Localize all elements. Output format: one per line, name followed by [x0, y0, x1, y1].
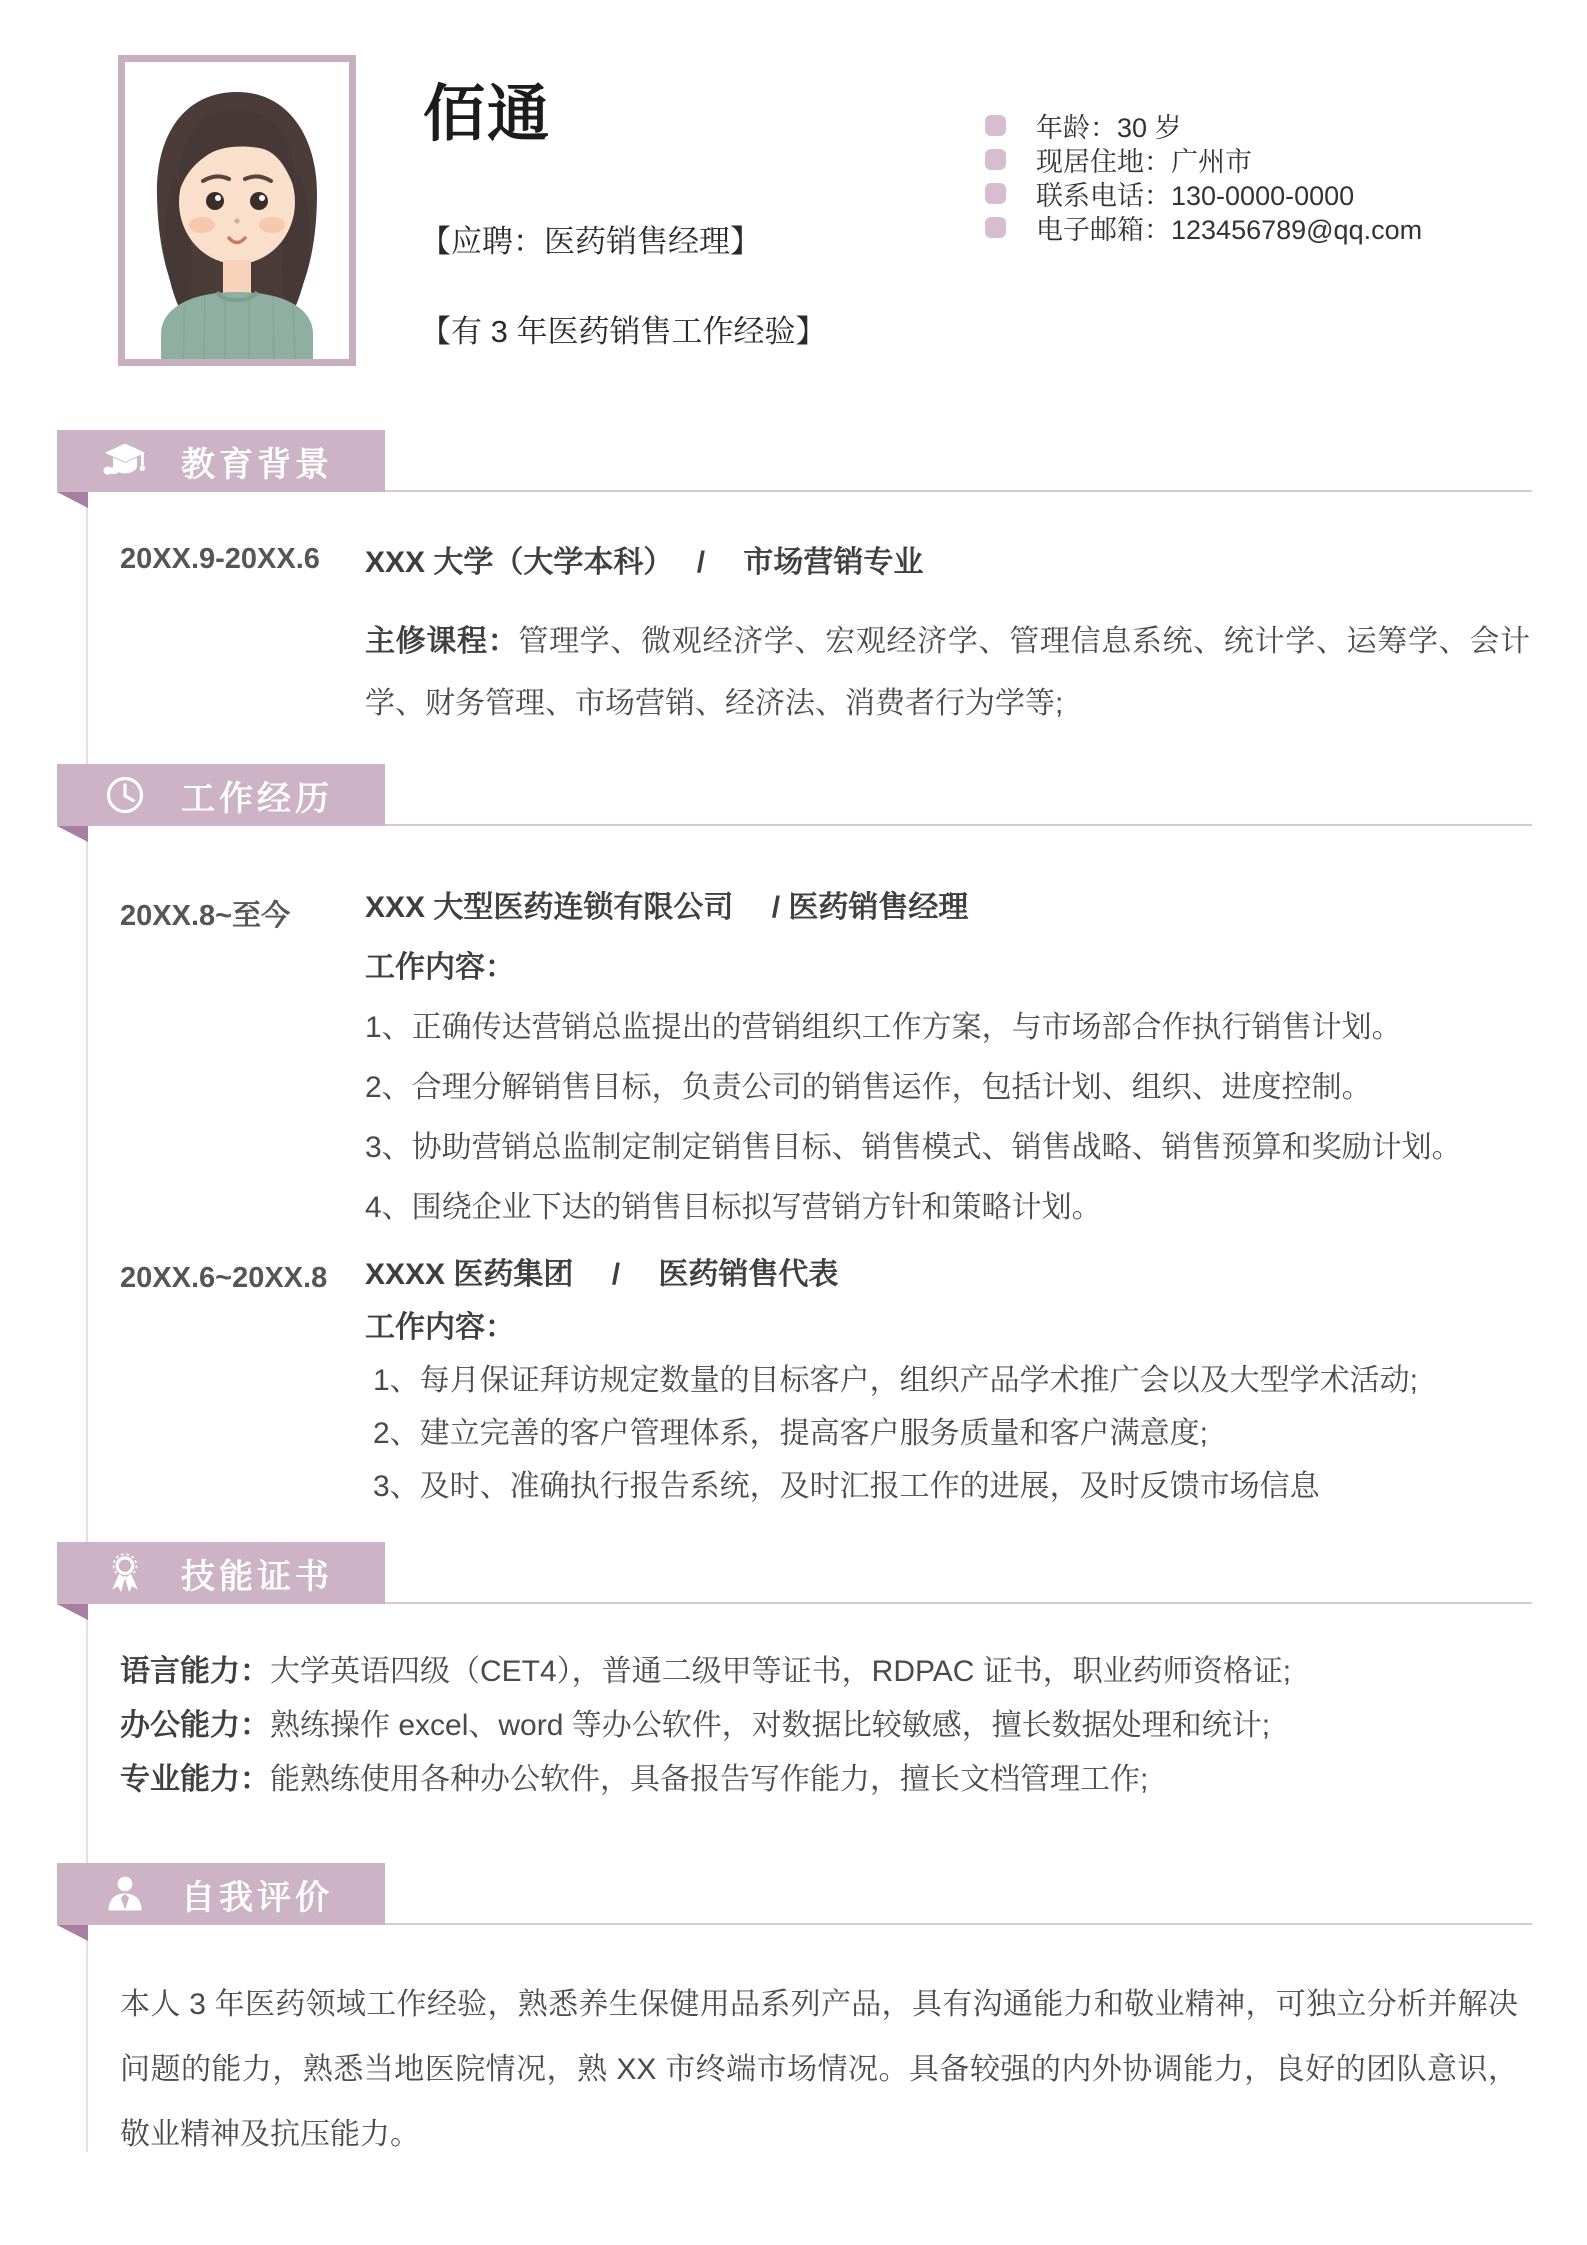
contact-phone: 联系电话：130-0000-0000: [985, 176, 1422, 210]
contact-label: 年龄：: [1036, 113, 1117, 143]
contact-label: 联系电话：: [1036, 181, 1171, 211]
avatar-illustration: [125, 62, 349, 359]
job-content-label: 工作内容：: [365, 938, 1530, 998]
skill-label: 专业能力：: [120, 1763, 270, 1796]
job-date: 20XX.6~20XX.8: [120, 1262, 327, 1295]
experience-summary: 【有 3 年医药销售工作经验】: [420, 306, 826, 351]
section-banner-skills: 技能证书: [57, 1542, 385, 1604]
contact-list: 年龄：30 岁 现居住地：广州市 联系电话：130-0000-0000 电子邮箱…: [985, 108, 1422, 244]
contact-age: 年龄：30 岁: [985, 108, 1422, 142]
graduation-cap-icon: [103, 439, 147, 483]
skill-text: 能熟练使用各种办公软件，具备报告写作能力，擅长文档管理工作;: [270, 1763, 1148, 1796]
contact-value: 30 岁: [1117, 113, 1182, 143]
job-block: XXX 大型医药连锁有限公司 / 医药销售经理 工作内容： 1、正确传达营销总监…: [365, 878, 1530, 1238]
job-item: 3、协助营销总监制定制定销售目标、销售模式、销售战略、销售预算和奖励计划。: [365, 1118, 1530, 1178]
self-evaluation-paragraph: 本人 3 年医药领域工作经验，熟悉养生保健用品系列产品，具有沟通能力和敬业精神，…: [120, 1972, 1518, 2167]
bullet-square-icon: [985, 183, 1006, 204]
person-icon: [103, 1872, 147, 1916]
section-title-skills: 技能证书: [181, 1549, 333, 1598]
job-company: XXXX 医药集团 / 医药销售代表: [365, 1248, 1530, 1301]
job-date: 20XX.8~至今: [120, 893, 290, 934]
job-item: 2、合理分解销售目标，负责公司的销售运作，包括计划、组织、进度控制。: [365, 1058, 1530, 1118]
contact-value: 123456789@qq.com: [1171, 215, 1422, 245]
section-banner-work: 工作经历: [57, 764, 385, 826]
contact-label: 现居住地：: [1036, 147, 1171, 177]
skills-list: 语言能力：大学英语四级（CET4），普通二级甲等证书，RDPAC 证书，职业药师…: [120, 1645, 1518, 1807]
job-block: XXXX 医药集团 / 医药销售代表 工作内容： 1、每月保证拜访规定数量的目标…: [365, 1248, 1530, 1513]
education-date: 20XX.9-20XX.6: [120, 543, 320, 576]
medal-icon: [103, 1551, 147, 1595]
bullet-square-icon: [985, 115, 1006, 136]
ribbon-fold: [57, 826, 88, 842]
skill-row: 专业能力：能熟练使用各种办公软件，具备报告写作能力，擅长文档管理工作;: [120, 1753, 1518, 1807]
courses-paragraph: 主修课程：管理学、微观经济学、宏观经济学、管理信息系统、统计学、运筹学、会计学、…: [365, 611, 1530, 735]
skill-label: 语言能力：: [120, 1655, 270, 1688]
contact-label: 电子邮箱：: [1036, 215, 1171, 245]
skill-row: 办公能力：熟练操作 excel、word 等办公软件，对数据比较敏感，擅长数据处…: [120, 1699, 1518, 1753]
school-line: XXX 大学（大学本科） / 市场营销专业: [365, 543, 1530, 583]
profile-photo: [118, 55, 356, 366]
contact-value: 广州市: [1171, 147, 1252, 177]
job-item: 1、每月保证拜访规定数量的目标客户，组织产品学术推广会以及大型学术活动;: [365, 1354, 1530, 1407]
applied-position: 【应聘：医药销售经理】: [420, 216, 761, 261]
skill-text: 大学英语四级（CET4），普通二级甲等证书，RDPAC 证书，职业药师资格证;: [270, 1655, 1291, 1688]
section-title-work: 工作经历: [181, 771, 333, 820]
bullet-square-icon: [985, 149, 1006, 170]
skill-row: 语言能力：大学英语四级（CET4），普通二级甲等证书，RDPAC 证书，职业药师…: [120, 1645, 1518, 1699]
section-divider-line: [385, 824, 1532, 826]
job-content-label: 工作内容：: [365, 1301, 1530, 1354]
bullet-square-icon: [985, 217, 1006, 238]
courses-text: 管理学、微观经济学、宏观经济学、管理信息系统、统计学、运筹学、会计学、财务管理、…: [365, 625, 1530, 720]
section-title-evaluation: 自我评价: [181, 1870, 333, 1919]
candidate-name: 佰通: [423, 64, 551, 153]
contact-value: 130-0000-0000: [1171, 181, 1354, 211]
section-divider-line: [385, 1923, 1532, 1925]
clock-icon: [103, 773, 147, 817]
job-item: 1、正确传达营销总监提出的营销组织工作方案，与市场部合作执行销售计划。: [365, 998, 1530, 1058]
job-item: 4、围绕企业下达的销售目标拟写营销方针和策略计划。: [365, 1178, 1530, 1238]
section-banner-education: 教育背景: [57, 430, 385, 492]
courses-label: 主修课程：: [365, 625, 518, 658]
ribbon-fold: [57, 1925, 88, 1941]
ribbon-fold: [57, 1604, 88, 1620]
contact-residence: 现居住地：广州市: [985, 142, 1422, 176]
job-company: XXX 大型医药连锁有限公司 / 医药销售经理: [365, 878, 1530, 938]
job-item: 3、及时、准确执行报告系统，及时汇报工作的进展，及时反馈市场信息: [365, 1460, 1530, 1513]
contact-email: 电子邮箱：123456789@qq.com: [985, 210, 1422, 244]
skill-text: 熟练操作 excel、word 等办公软件，对数据比较敏感，擅长数据处理和统计;: [270, 1709, 1270, 1742]
resume-page: 佰通 【应聘：医药销售经理】 【有 3 年医药销售工作经验】 年龄：30 岁 现…: [0, 0, 1587, 2245]
section-title-education: 教育背景: [181, 437, 333, 486]
section-banner-evaluation: 自我评价: [57, 1863, 385, 1925]
job-item: 2、建立完善的客户管理体系，提高客户服务质量和客户满意度;: [365, 1407, 1530, 1460]
ribbon-fold: [57, 492, 88, 508]
education-body: XXX 大学（大学本科） / 市场营销专业 主修课程：管理学、微观经济学、宏观经…: [365, 543, 1530, 735]
section-divider-line: [385, 1602, 1532, 1604]
skill-label: 办公能力：: [120, 1709, 270, 1742]
section-divider-line: [385, 490, 1532, 492]
